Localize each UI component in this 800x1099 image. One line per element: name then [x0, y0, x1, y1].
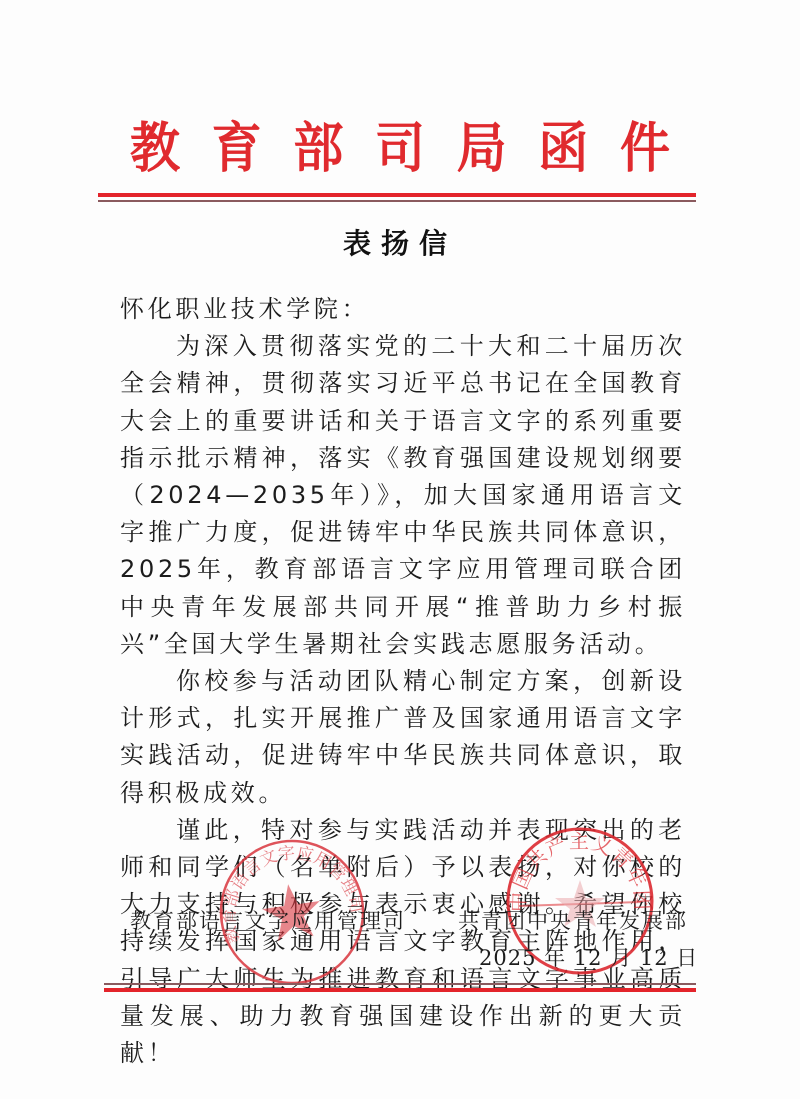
footer-rule-thin	[104, 983, 696, 985]
letterhead-char: 局	[457, 116, 507, 181]
letterhead-char: 司	[375, 116, 425, 181]
header-rule-red	[98, 193, 696, 197]
letterhead-char: 育	[212, 116, 262, 181]
letterhead-char: 教	[130, 116, 180, 181]
salutation: 怀化职业技术学院：	[120, 291, 686, 328]
footer-rule-red	[104, 988, 696, 992]
letterhead-char: 部	[293, 116, 343, 181]
letterhead-title: 教 育 部 司 局 函 件	[130, 118, 670, 178]
letterhead-char: 函	[538, 116, 588, 181]
letter-page: 教 育 部 司 局 函 件 表扬信 怀化职业技术学院： 为深入贯彻落实党的二十大…	[0, 0, 800, 1099]
header-rule-thin	[98, 200, 696, 202]
signature-date: 2025 年 12 月 12 日	[479, 942, 698, 972]
paragraph-2: 你校参与活动团队精心制定方案，创新设计形式，扎实开展推广普及国家通用语言文字实践…	[120, 663, 686, 812]
signature-left: 教育部语言文字应用管理司	[130, 905, 406, 935]
document-title: 表扬信	[0, 222, 800, 262]
paragraph-1: 为深入贯彻落实党的二十大和二十届历次全会精神，贯彻落实习近平总书记在全国教育大会…	[120, 328, 686, 663]
letterhead-char: 件	[620, 116, 670, 181]
signature-right: 共青团中央青年发展部	[458, 905, 688, 935]
